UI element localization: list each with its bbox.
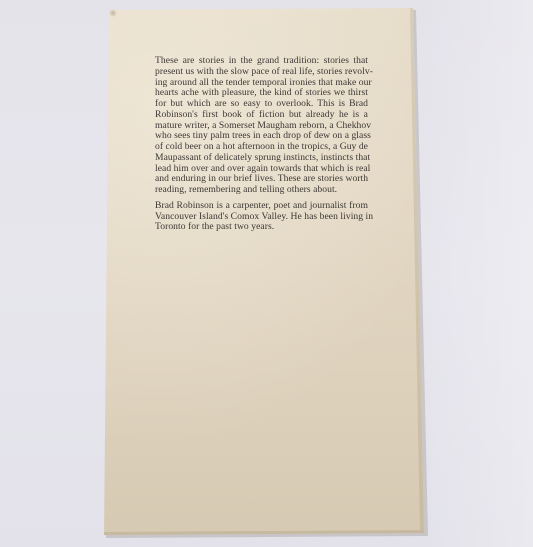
blurb-line: Maupassant of delicately sprung instinct… (155, 153, 368, 164)
blurb-line: reading, remembering and telling others … (155, 185, 368, 196)
back-cover-text: These are stories in the grand tradition… (155, 56, 368, 238)
blurb-line: Robinson's first book of fiction but alr… (155, 110, 368, 121)
author-bio-line: Toronto for the past two years. (155, 222, 368, 233)
author-bio-paragraph: Brad Robinson is a carpenter, poet and j… (155, 201, 368, 233)
blurb-line: present us with the slow pace of real li… (155, 67, 368, 78)
author-bio-line: Brad Robinson is a carpenter, poet and j… (155, 201, 368, 212)
blurb-paragraph: These are stories in the grand tradition… (155, 56, 368, 196)
surface-background (423, 0, 533, 547)
corner-stain (109, 9, 117, 17)
